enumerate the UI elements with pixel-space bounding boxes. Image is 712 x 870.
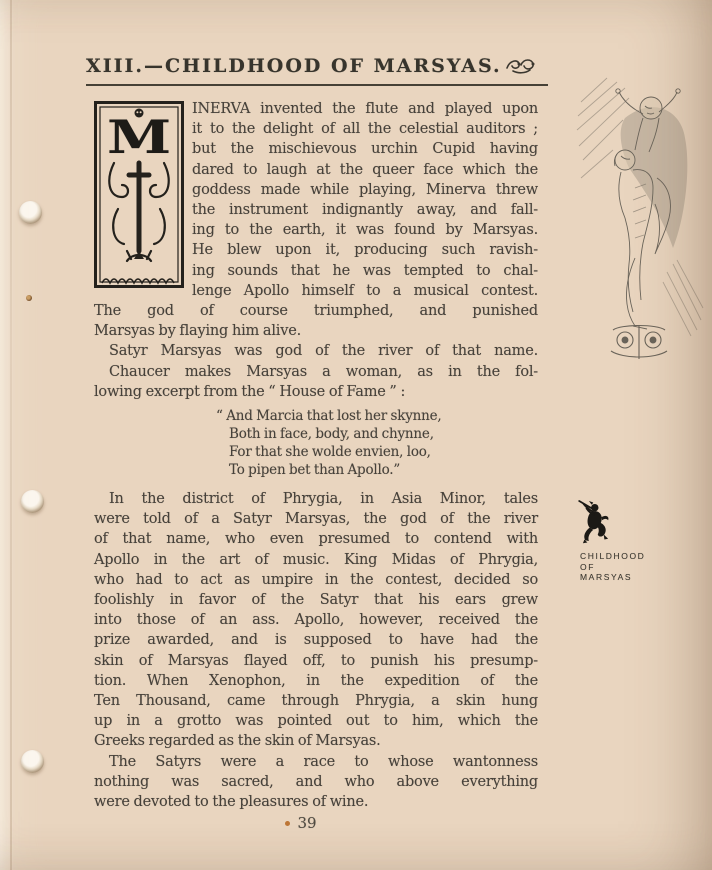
ink-speck bbox=[26, 295, 32, 301]
punch-hole bbox=[19, 201, 42, 224]
text-line: In the district of Phrygia, in Asia Mino… bbox=[94, 489, 538, 509]
body-text-column: M INERVA invented the flute and played u… bbox=[94, 99, 538, 812]
crease-line bbox=[10, 0, 12, 870]
floral-flourish-icon bbox=[504, 55, 540, 79]
text-line: into those of an ass. Apollo, however, r… bbox=[94, 610, 538, 630]
punch-hole bbox=[21, 490, 44, 513]
text-line: Chaucer makes Marsyas a woman, as in the… bbox=[94, 362, 538, 382]
paragraph-lines-full-width: The god of course triumphed, and punishe… bbox=[94, 301, 538, 341]
verse-line: To pipen bet than Apollo.” bbox=[216, 461, 538, 479]
text-line: who had to act as umpire in the contest,… bbox=[94, 570, 538, 590]
satyr-playing-pipes-icon bbox=[577, 492, 617, 554]
caption-line: MARSYAS bbox=[580, 572, 645, 583]
text-line: Ten Thousand, came through Phrygia, a sk… bbox=[94, 691, 538, 711]
verse-line: For that she wolde envien, loo, bbox=[216, 443, 538, 461]
text-line: of that name, who even presumed to conte… bbox=[94, 529, 538, 549]
opening-paragraph: M INERVA invented the flute and played u… bbox=[94, 99, 538, 341]
text-line: foolishly in favor of the Satyr that his… bbox=[94, 590, 538, 610]
text-line: Greeks regarded as the skin of Marsyas. bbox=[94, 731, 538, 751]
page-number-dot bbox=[285, 821, 290, 826]
text-line: skin of Marsyas flayed off, to punish hi… bbox=[94, 651, 538, 671]
text-line: Apollo in the art of music. King Midas o… bbox=[94, 550, 538, 570]
drop-cap-letter: M bbox=[107, 110, 171, 164]
text-line: The god of course triumphed, and punishe… bbox=[94, 301, 538, 321]
paragraph-satyrs-race: The Satyrs were a race to whose wantonne… bbox=[94, 752, 538, 813]
illustration-caption: CHILDHOODOFMARSYAS bbox=[580, 551, 645, 583]
chapter-header: XIII.—CHILDHOOD OF MARSYAS. bbox=[86, 52, 554, 77]
text-line: prize awarded, and is supposed to have h… bbox=[94, 630, 538, 650]
paragraph-satyr-river: Satyr Marsyas was god of the river of th… bbox=[94, 341, 538, 361]
title-underline bbox=[86, 84, 548, 86]
caption-line: CHILDHOOD bbox=[580, 551, 645, 562]
text-line: lowing excerpt from the “ House of Fame … bbox=[94, 382, 538, 402]
drop-cap-initial: M bbox=[94, 101, 184, 289]
text-line: Marsyas by flaying him alive. bbox=[94, 321, 538, 341]
text-line: tion. When Xenophon, in the expedition o… bbox=[94, 671, 538, 691]
paragraph-chaucer: Chaucer makes Marsyas a woman, as in the… bbox=[94, 362, 538, 402]
text-line: were devoted to the pleasures of wine. bbox=[94, 792, 538, 812]
caption-line: OF bbox=[580, 562, 645, 573]
statue-sketch-illustration bbox=[573, 68, 708, 367]
text-line: The Satyrs were a race to whose wantonne… bbox=[94, 752, 538, 772]
verse-quotation-block: “ And Marcia that lost her skynne,Both i… bbox=[216, 407, 538, 479]
text-line: Satyr Marsyas was god of the river of th… bbox=[94, 341, 538, 361]
verse-line: “ And Marcia that lost her skynne, bbox=[216, 407, 538, 425]
text-line: were told of a Satyr Marsyas, the god of… bbox=[94, 509, 538, 529]
page-number: 39 bbox=[297, 814, 316, 832]
paragraph-phrygia: In the district of Phrygia, in Asia Mino… bbox=[94, 489, 538, 752]
punch-hole bbox=[21, 750, 44, 773]
page-footer: 39 bbox=[94, 814, 508, 832]
page-title: XIII.—CHILDHOOD OF MARSYAS. bbox=[86, 55, 502, 77]
text-line: up in a grotto was pointed out to him, w… bbox=[94, 711, 538, 731]
verse-line: Both in face, body, and chynne, bbox=[216, 425, 538, 443]
text-line: nothing was sacred, and who above everyt… bbox=[94, 772, 538, 792]
